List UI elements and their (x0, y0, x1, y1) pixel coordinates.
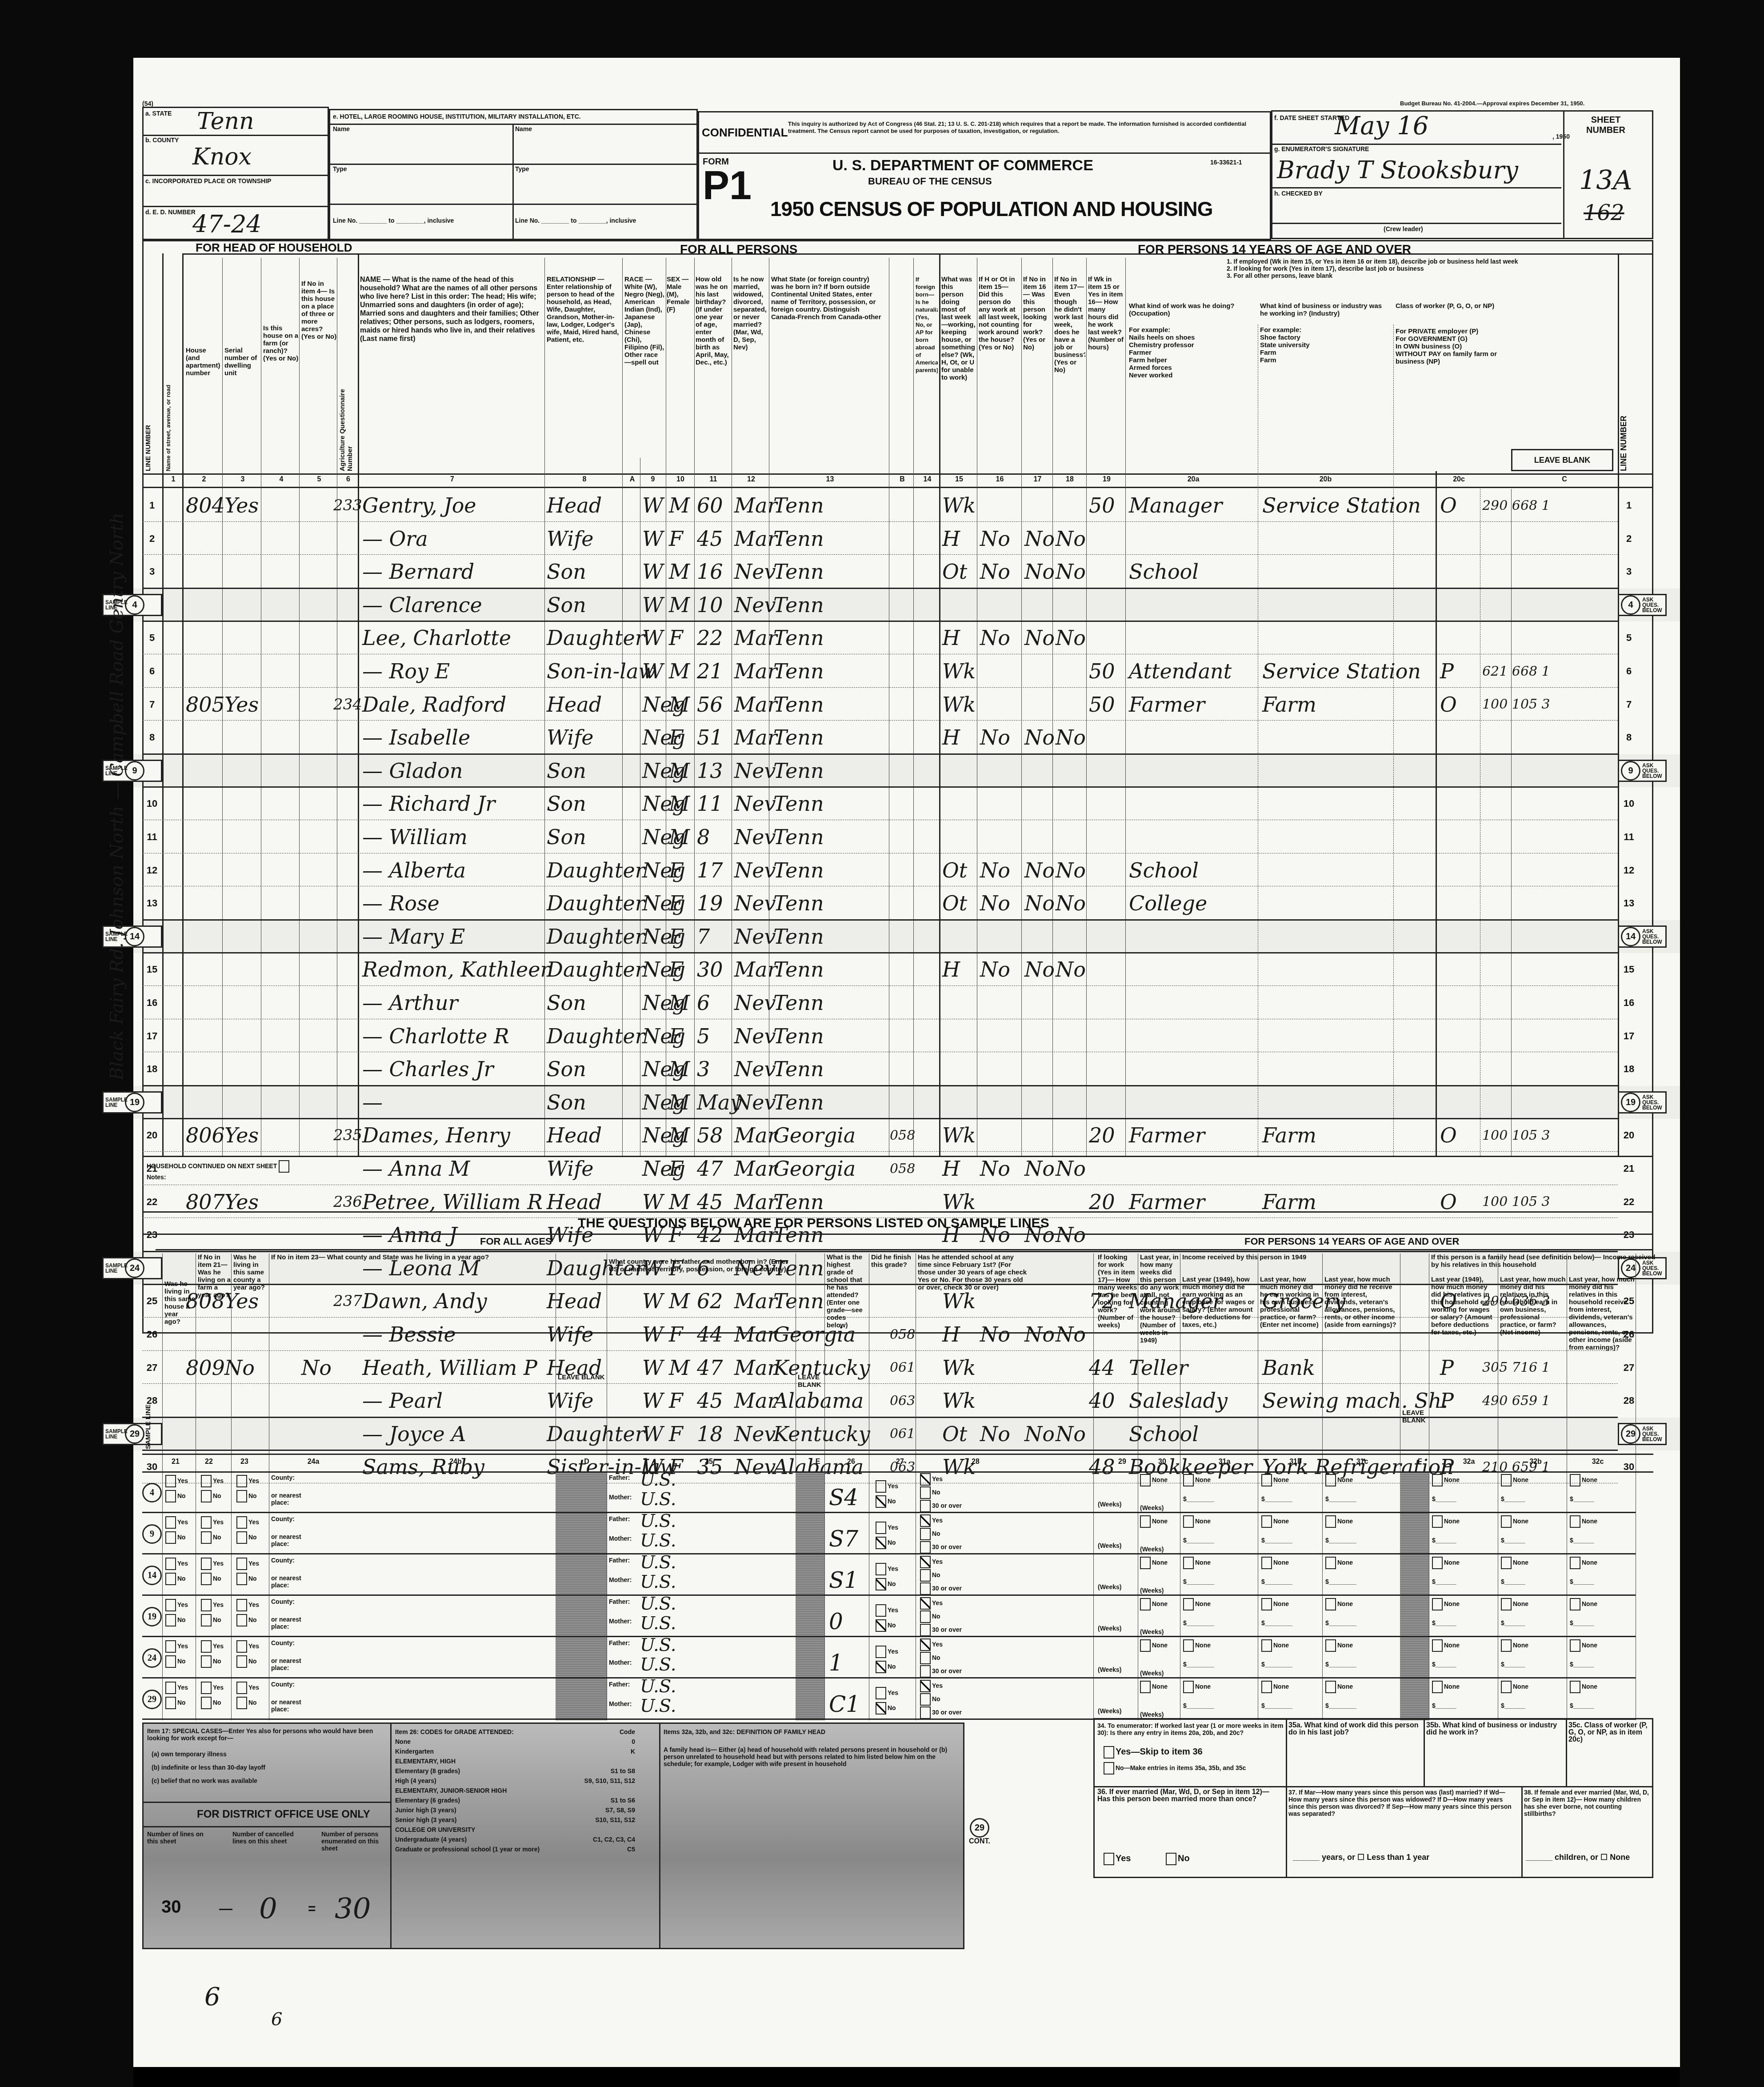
income-31c[interactable]: None$________ (1325, 1639, 1356, 1668)
father-birthplace[interactable]: U.S. (640, 1470, 676, 1490)
agq-number[interactable] (333, 1351, 360, 1384)
race[interactable]: W (642, 621, 667, 654)
sex[interactable]: F (669, 854, 693, 887)
class-of-worker[interactable] (1440, 1053, 1480, 1086)
house-number[interactable] (186, 953, 221, 986)
industry[interactable]: Service Station (1262, 655, 1391, 688)
industry[interactable] (1262, 621, 1391, 654)
agq-number[interactable] (333, 522, 360, 555)
age[interactable]: 18 (697, 1418, 732, 1450)
farm-answer[interactable]: Yes (224, 688, 296, 721)
hours-worked[interactable]: 50 (1089, 688, 1124, 721)
weeks-looking[interactable]: (Weeks) (1098, 1501, 1121, 1508)
class-of-worker[interactable] (1440, 621, 1480, 654)
hours-worked[interactable] (1089, 920, 1124, 953)
highest-grade[interactable]: S4 (829, 1485, 858, 1510)
race[interactable]: Neg (642, 721, 667, 754)
sex[interactable]: F (669, 887, 693, 920)
leave-blank-codes[interactable]: 290 668 1 (1482, 489, 1616, 522)
sex[interactable]: M (669, 589, 693, 621)
age[interactable]: 60 (697, 489, 732, 522)
farm-answer[interactable] (224, 953, 296, 986)
birthplace[interactable]: Tenn (773, 688, 889, 721)
c21-checkboxes[interactable]: YesNo (165, 1558, 188, 1585)
race[interactable]: Neg (642, 887, 667, 920)
house-number[interactable] (186, 1020, 221, 1053)
farm-answer[interactable] (224, 1053, 296, 1086)
marital-status[interactable]: Nev (734, 787, 769, 820)
leave-blank-codes[interactable] (1482, 522, 1616, 555)
age[interactable]: 47 (697, 1152, 732, 1185)
father-birthplace[interactable]: U.S. (640, 1594, 676, 1614)
class-of-worker[interactable]: O (1440, 1119, 1480, 1152)
birthplace-code[interactable] (890, 986, 913, 1019)
hours-worked[interactable] (1089, 887, 1124, 920)
marital-status[interactable]: Nev (734, 754, 769, 787)
age[interactable]: 22 (697, 621, 732, 654)
age[interactable]: 58 (697, 1119, 732, 1152)
leave-blank-codes[interactable] (1482, 1086, 1616, 1119)
class-of-worker[interactable] (1440, 1152, 1480, 1185)
state-value[interactable]: Tenn (197, 108, 254, 135)
person-name[interactable]: — Charlotte R (362, 1020, 544, 1053)
agq-number[interactable] (333, 1218, 360, 1251)
person-name[interactable]: Heath, William P (362, 1351, 544, 1384)
activity[interactable] (942, 754, 977, 787)
industry[interactable] (1262, 1152, 1391, 1185)
acres-answer[interactable] (301, 986, 337, 1019)
industry[interactable] (1262, 986, 1391, 1019)
family-income-32a[interactable]: None$______ (1432, 1681, 1460, 1709)
birthplace-code[interactable] (890, 787, 913, 820)
industry[interactable] (1262, 787, 1391, 820)
occupation[interactable] (1129, 953, 1258, 986)
father-birthplace[interactable]: U.S. (640, 1635, 676, 1655)
person-name[interactable]: — Clarence (362, 589, 544, 621)
sex[interactable]: M (669, 821, 693, 853)
father-birthplace[interactable]: U.S. (640, 1511, 676, 1531)
industry[interactable] (1262, 721, 1391, 754)
highest-grade[interactable]: S7 (829, 1526, 858, 1552)
relationship[interactable]: Son (547, 821, 622, 853)
relationship[interactable]: Son (547, 986, 622, 1019)
looking-for-work[interactable] (1024, 787, 1051, 820)
family-income-32a[interactable]: None$______ (1432, 1474, 1460, 1502)
farm-answer[interactable] (224, 887, 296, 920)
age[interactable]: 8 (697, 821, 732, 853)
age[interactable]: 45 (697, 522, 732, 555)
c22-checkboxes[interactable]: YesNo (201, 1516, 224, 1544)
q34-no[interactable]: No—Make entries in items 35a, 35b, and 3… (1104, 1762, 1246, 1775)
birthplace[interactable]: Georgia (773, 1152, 889, 1185)
race[interactable]: W (642, 1418, 667, 1450)
looking-for-work[interactable] (1024, 489, 1051, 522)
person-name[interactable]: — Gladon (362, 754, 544, 787)
mother-birthplace[interactable]: U.S. (640, 1572, 676, 1592)
c21-checkboxes[interactable]: YesNo (165, 1599, 188, 1626)
mother-birthplace[interactable]: U.S. (640, 1613, 676, 1634)
marital-status[interactable]: Nev (734, 1053, 769, 1086)
any-work[interactable] (980, 1086, 1020, 1119)
age[interactable]: 6 (697, 986, 732, 1019)
house-number[interactable] (186, 821, 221, 853)
any-work[interactable]: No (980, 522, 1020, 555)
age[interactable]: 11 (697, 787, 732, 820)
marital-status[interactable]: Nev (734, 1020, 769, 1053)
c23-checkboxes[interactable]: YesNo (236, 1516, 259, 1544)
acres-answer[interactable] (301, 522, 337, 555)
c23-checkboxes[interactable]: YesNo (236, 1475, 259, 1502)
marital-status[interactable]: Nev (734, 920, 769, 953)
hours-worked[interactable] (1089, 986, 1124, 1019)
industry[interactable] (1262, 589, 1391, 621)
leave-blank-codes[interactable] (1482, 787, 1616, 820)
has-job[interactable] (1056, 1351, 1084, 1384)
leave-blank-codes[interactable] (1482, 920, 1616, 953)
has-job[interactable] (1056, 1119, 1084, 1152)
sex[interactable]: M (669, 655, 693, 688)
occupation[interactable] (1129, 522, 1258, 555)
leave-blank-codes[interactable]: 100 105 3 (1482, 1186, 1616, 1218)
marital-status[interactable]: Mar (734, 621, 769, 654)
relationship[interactable]: Head (547, 1186, 622, 1218)
any-work[interactable]: No (980, 854, 1020, 887)
activity[interactable]: H (942, 522, 977, 555)
agq-number[interactable] (333, 754, 360, 787)
any-work[interactable] (980, 754, 1020, 787)
c21-checkboxes[interactable]: YesNo (165, 1475, 188, 1502)
any-work[interactable] (980, 1119, 1020, 1152)
c23-checkboxes[interactable]: YesNo (236, 1682, 259, 1709)
attended-school[interactable]: YesNo30 or over (920, 1556, 962, 1595)
acres-answer[interactable] (301, 1418, 337, 1450)
race[interactable]: Neg (642, 754, 667, 787)
mother-birthplace[interactable]: U.S. (640, 1530, 676, 1551)
date-value[interactable]: May 16 (1335, 112, 1428, 140)
weeks-worked[interactable]: None(Weeks) (1140, 1557, 1168, 1594)
has-job[interactable]: No (1056, 621, 1084, 654)
any-work[interactable]: No (980, 953, 1020, 986)
race[interactable]: Neg (642, 854, 667, 887)
agq-number[interactable] (333, 655, 360, 688)
any-work[interactable]: No (980, 721, 1020, 754)
has-job[interactable]: No (1056, 854, 1084, 887)
weeks-worked[interactable]: None(Weeks) (1140, 1639, 1168, 1677)
person-name[interactable]: Petree, William R (362, 1186, 544, 1218)
relationship[interactable]: Wife (547, 1152, 622, 1185)
highest-grade[interactable]: C1 (829, 1691, 860, 1717)
occupation[interactable] (1129, 1020, 1258, 1053)
family-income-32b[interactable]: None$______ (1501, 1515, 1528, 1544)
birthplace[interactable]: Tenn (773, 721, 889, 754)
person-name[interactable]: — Bernard (362, 555, 544, 588)
marital-status[interactable]: Mar (734, 688, 769, 721)
hours-worked[interactable] (1089, 821, 1124, 853)
race[interactable]: Neg (642, 1152, 667, 1185)
birthplace-code[interactable] (890, 920, 913, 953)
family-income-32a[interactable]: None$______ (1432, 1639, 1460, 1668)
relationship[interactable]: Wife (547, 522, 622, 555)
class-of-worker[interactable] (1440, 920, 1480, 953)
house-number[interactable] (186, 522, 221, 555)
race[interactable]: Neg (642, 1119, 667, 1152)
birthplace[interactable]: Tenn (773, 1020, 889, 1053)
activity[interactable]: H (942, 1152, 977, 1185)
any-work[interactable] (980, 589, 1020, 621)
person-name[interactable]: — Anna M (362, 1152, 544, 1185)
has-job[interactable] (1056, 821, 1084, 853)
any-work[interactable]: No (980, 555, 1020, 588)
has-job[interactable]: No (1056, 1152, 1084, 1185)
house-number[interactable] (186, 1053, 221, 1086)
acres-answer[interactable] (301, 621, 337, 654)
attended-school[interactable]: YesNo30 or over (920, 1514, 962, 1554)
house-number[interactable] (186, 986, 221, 1019)
farm-answer[interactable] (224, 754, 296, 787)
sex[interactable]: M (669, 1119, 693, 1152)
finished-grade[interactable]: YesNo (876, 1687, 898, 1714)
occupation[interactable]: School (1129, 854, 1258, 887)
race[interactable]: W (642, 655, 667, 688)
relationship[interactable]: Wife (547, 721, 622, 754)
relationship[interactable]: Head (547, 489, 622, 522)
birthplace-code[interactable] (890, 754, 913, 787)
income-31b[interactable]: None$________ (1261, 1515, 1292, 1544)
agq-number[interactable] (333, 589, 360, 621)
looking-for-work[interactable]: No (1024, 887, 1051, 920)
hours-worked[interactable] (1089, 854, 1124, 887)
house-number[interactable] (186, 655, 221, 688)
agq-number[interactable]: 234 (333, 688, 360, 721)
income-31b[interactable]: None$________ (1261, 1557, 1292, 1585)
acres-answer[interactable] (301, 555, 337, 588)
looking-for-work[interactable] (1024, 821, 1051, 853)
agq-number[interactable] (333, 1086, 360, 1119)
occupation[interactable]: Farmer (1129, 1119, 1258, 1152)
activity[interactable]: Wk (942, 655, 977, 688)
c22-checkboxes[interactable]: YesNo (201, 1682, 224, 1709)
weeks-looking[interactable]: (Weeks) (1098, 1666, 1121, 1673)
farm-answer[interactable] (224, 920, 296, 953)
c22-checkboxes[interactable]: YesNo (201, 1599, 224, 1626)
class-of-worker[interactable] (1440, 986, 1480, 1019)
income-31c[interactable]: None$________ (1325, 1557, 1356, 1585)
birthplace-code[interactable]: 058 (890, 1152, 913, 1185)
industry[interactable]: Farm (1262, 688, 1391, 721)
house-number[interactable] (186, 887, 221, 920)
income-31b[interactable]: None$________ (1261, 1639, 1292, 1668)
leave-blank-codes[interactable]: 100 105 3 (1482, 1119, 1616, 1152)
acres-answer[interactable] (301, 489, 337, 522)
person-name[interactable]: — Rose (362, 887, 544, 920)
birthplace-code[interactable] (890, 688, 913, 721)
has-job[interactable] (1056, 1020, 1084, 1053)
occupation[interactable]: Farmer (1129, 688, 1258, 721)
income-31c[interactable]: None$________ (1325, 1474, 1356, 1502)
birthplace-code[interactable] (890, 589, 913, 621)
sex[interactable]: F (669, 522, 693, 555)
q36-yes[interactable]: Yes (1104, 1853, 1131, 1865)
class-of-worker[interactable]: O (1440, 688, 1480, 721)
birthplace-code[interactable] (890, 1020, 913, 1053)
sex[interactable]: M (669, 787, 693, 820)
activity[interactable] (942, 589, 977, 621)
marital-status[interactable]: Mar (734, 1186, 769, 1218)
acres-answer[interactable] (301, 821, 337, 853)
race[interactable]: Neg (642, 1020, 667, 1053)
class-of-worker[interactable] (1440, 589, 1480, 621)
has-job[interactable]: No (1056, 1218, 1084, 1251)
has-job[interactable]: No (1056, 887, 1084, 920)
looking-for-work[interactable] (1024, 986, 1051, 1019)
occupation[interactable] (1129, 986, 1258, 1019)
house-number[interactable] (186, 1086, 221, 1119)
c23-checkboxes[interactable]: YesNo (236, 1599, 259, 1626)
birthplace-code[interactable]: 058 (890, 1119, 913, 1152)
any-work[interactable] (980, 489, 1020, 522)
age[interactable]: 30 (697, 953, 732, 986)
marital-status[interactable]: Mar (734, 953, 769, 986)
mother-birthplace[interactable]: U.S. (640, 1654, 676, 1675)
person-name[interactable]: — Richard Jr (362, 787, 544, 820)
hours-worked[interactable] (1089, 1218, 1124, 1251)
hours-worked[interactable]: 20 (1089, 1186, 1124, 1218)
house-number[interactable] (186, 787, 221, 820)
birthplace[interactable]: Tenn (773, 589, 889, 621)
leave-blank-codes[interactable] (1482, 721, 1616, 754)
occupation[interactable]: Attendant (1129, 655, 1258, 688)
sex[interactable]: M (669, 688, 693, 721)
farm-answer[interactable] (224, 522, 296, 555)
birthplace-code[interactable]: 061 (890, 1351, 913, 1384)
looking-for-work[interactable] (1024, 1119, 1051, 1152)
farm-answer[interactable] (224, 821, 296, 853)
acres-answer[interactable] (301, 1384, 337, 1417)
house-number[interactable] (186, 589, 221, 621)
occupation[interactable] (1129, 1053, 1258, 1086)
has-job[interactable] (1056, 986, 1084, 1019)
agq-number[interactable] (333, 920, 360, 953)
mother-birthplace[interactable]: U.S. (640, 1489, 676, 1510)
agq-number[interactable] (333, 721, 360, 754)
weeks-looking[interactable]: (Weeks) (1098, 1583, 1121, 1590)
person-name[interactable]: — Charles Jr (362, 1053, 544, 1086)
birthplace-code[interactable] (890, 721, 913, 754)
any-work[interactable] (980, 787, 1020, 820)
agq-number[interactable]: 236 (333, 1186, 360, 1218)
any-work[interactable] (980, 1186, 1020, 1218)
birthplace[interactable]: Tenn (773, 953, 889, 986)
weeks-looking[interactable]: (Weeks) (1098, 1625, 1121, 1632)
age[interactable]: 5 (697, 1020, 732, 1053)
hours-worked[interactable] (1089, 522, 1124, 555)
farm-answer[interactable] (224, 787, 296, 820)
farm-answer[interactable] (224, 555, 296, 588)
acres-answer[interactable] (301, 1186, 337, 1218)
person-name[interactable]: — Mary E (362, 920, 544, 953)
agq-number[interactable] (333, 1384, 360, 1417)
birthplace[interactable]: Tenn (773, 986, 889, 1019)
marital-status[interactable]: Nev (734, 1086, 769, 1119)
race[interactable]: W (642, 1384, 667, 1417)
looking-for-work[interactable]: No (1024, 522, 1051, 555)
relationship[interactable]: Son (547, 787, 622, 820)
birthplace[interactable]: Tenn (773, 1086, 889, 1119)
birthplace-code[interactable] (890, 655, 913, 688)
agq-number[interactable] (333, 1020, 360, 1053)
acres-answer[interactable] (301, 754, 337, 787)
farm-answer[interactable] (224, 1086, 296, 1119)
birthplace[interactable]: Tenn (773, 1186, 889, 1218)
marital-status[interactable]: Mar (734, 1119, 769, 1152)
person-name[interactable]: Dale, Radford (362, 688, 544, 721)
age[interactable]: 21 (697, 655, 732, 688)
relationship[interactable]: Head (547, 1119, 622, 1152)
family-income-32c[interactable]: None$______ (1570, 1639, 1597, 1668)
acres-answer[interactable] (301, 953, 337, 986)
acres-answer[interactable] (301, 1053, 337, 1086)
farm-answer[interactable]: Yes (224, 489, 296, 522)
activity[interactable] (942, 1053, 977, 1086)
marital-status[interactable]: Nev (734, 854, 769, 887)
has-job[interactable] (1056, 688, 1084, 721)
district-cancelled-value[interactable]: 0 (259, 1893, 277, 1926)
farm-answer[interactable] (224, 1020, 296, 1053)
industry[interactable]: Service Station (1262, 489, 1391, 522)
hours-worked[interactable]: 50 (1089, 489, 1124, 522)
any-work[interactable] (980, 1020, 1020, 1053)
marital-status[interactable]: Nev (734, 986, 769, 1019)
acres-answer[interactable] (301, 1119, 337, 1152)
activity[interactable]: Ot (942, 887, 977, 920)
q36-no[interactable]: No (1166, 1853, 1190, 1865)
acres-answer[interactable] (301, 887, 337, 920)
acres-answer[interactable] (301, 1218, 337, 1251)
has-job[interactable] (1056, 1252, 1084, 1285)
income-31a[interactable]: None$________ (1183, 1681, 1214, 1709)
hours-worked[interactable] (1089, 721, 1124, 754)
occupation[interactable] (1129, 920, 1258, 953)
age[interactable]: 56 (697, 688, 732, 721)
looking-for-work[interactable] (1024, 1020, 1051, 1053)
age[interactable]: 45 (697, 1384, 732, 1417)
q34-yes[interactable]: Yes—Skip to item 36 (1104, 1746, 1203, 1759)
person-name[interactable]: Gentry, Joe (362, 489, 544, 522)
race[interactable]: W (642, 1186, 667, 1218)
leave-blank-codes[interactable] (1482, 986, 1616, 1019)
family-income-32b[interactable]: None$______ (1501, 1639, 1528, 1668)
birthplace[interactable]: Tenn (773, 787, 889, 820)
race[interactable]: W (642, 522, 667, 555)
sex[interactable]: F (669, 1020, 693, 1053)
age[interactable]: 3 (697, 1053, 732, 1086)
sex[interactable]: M (669, 489, 693, 522)
activity[interactable]: H (942, 953, 977, 986)
any-work[interactable]: No (980, 887, 1020, 920)
attended-school[interactable]: YesNo30 or over (920, 1597, 962, 1636)
any-work[interactable]: No (980, 621, 1020, 654)
relationship[interactable]: Daughter (547, 953, 622, 986)
class-of-worker[interactable] (1440, 721, 1480, 754)
income-31c[interactable]: None$________ (1325, 1515, 1356, 1544)
sex[interactable]: F (669, 721, 693, 754)
activity[interactable] (942, 787, 977, 820)
class-of-worker[interactable] (1440, 1086, 1480, 1119)
c23-checkboxes[interactable]: YesNo (236, 1640, 259, 1668)
birthplace-code[interactable] (890, 1086, 913, 1119)
hours-worked[interactable]: 20 (1089, 1119, 1124, 1152)
sex[interactable]: M (669, 1086, 693, 1119)
